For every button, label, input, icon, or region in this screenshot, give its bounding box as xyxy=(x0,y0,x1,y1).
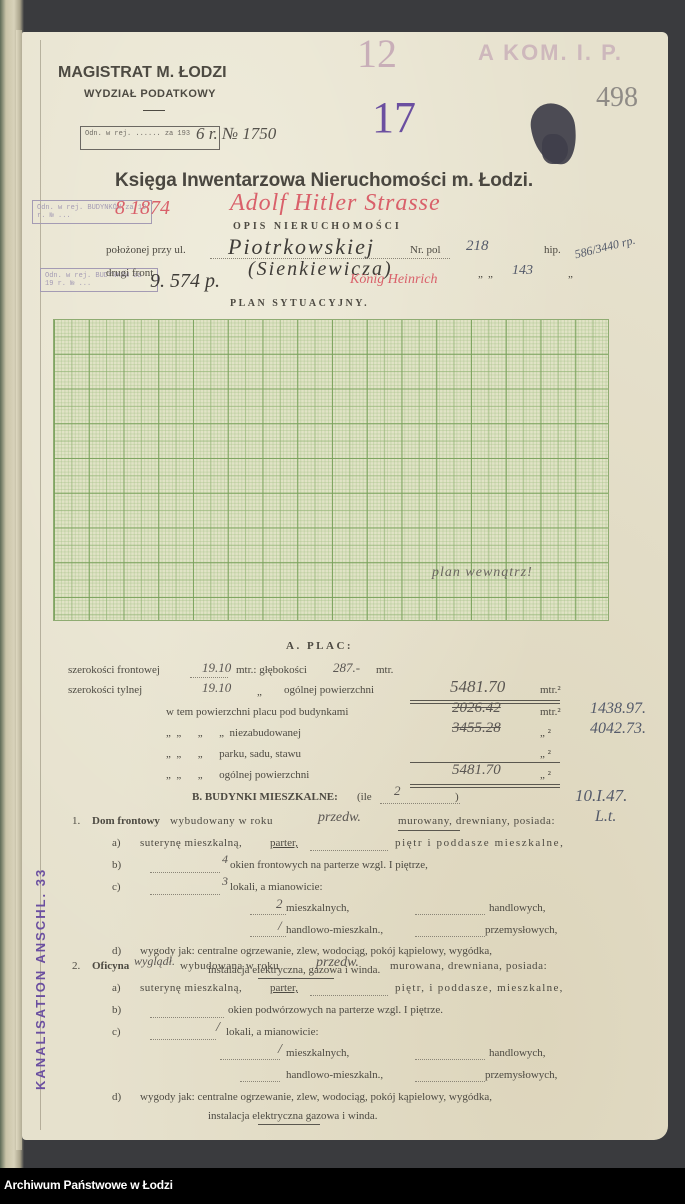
building-2-d-prefix: d) xyxy=(112,1091,121,1103)
ditto-mark: „ xyxy=(488,268,493,280)
building-2-units-value: / xyxy=(216,1020,220,1036)
building-1-parter: parter, xyxy=(270,837,298,849)
count-label: (ile xyxy=(357,791,372,803)
header-rule xyxy=(143,110,165,111)
building-2-built-label: wybudowana w roku xyxy=(180,960,279,972)
building-1-a-text: suterynę mieszkalną, xyxy=(140,837,242,849)
front-width-label: szerokości frontowej xyxy=(68,664,160,676)
nr-pol-label: Nr. pol xyxy=(410,244,441,256)
commercial-line xyxy=(415,914,485,915)
section-a-heading: A. PLAC: xyxy=(286,640,353,652)
park-area-unit: „ ² xyxy=(540,748,551,760)
building-2-a-text3: piętr, i poddasze, mieszkalne, xyxy=(395,982,564,994)
total-area-label: ogólnej powierzchni xyxy=(284,684,374,696)
unbuilt-area-unit: „ ² xyxy=(540,727,551,739)
total-area-2-label: „ „ „ ogólnej powierzchni xyxy=(166,769,309,781)
windows-line xyxy=(150,872,220,873)
total-area-value: 5481.70 xyxy=(450,677,505,697)
red-note-2: König Heinrich xyxy=(350,272,438,288)
industrial-line xyxy=(415,1081,485,1082)
building-2-amenities-2: instalacja elektryczna gazowa i winda. xyxy=(208,1110,378,1122)
units-line xyxy=(150,894,220,895)
front-width-line xyxy=(190,677,228,678)
depth-unit: mtr. xyxy=(376,664,393,676)
count-value: 2 xyxy=(394,783,401,799)
street-value: Piotrkowskiej xyxy=(228,234,375,260)
units-line xyxy=(150,1039,216,1040)
sewer-connection-stamp: KANALISATION ANSCHL. 33 xyxy=(33,868,48,1090)
marginal-number-faint: 12 xyxy=(357,30,397,77)
building-2-a-text: suterynę mieszkalną, xyxy=(140,982,242,994)
initials: L.t. xyxy=(595,808,616,826)
document-title: Księga Inwentarzowa Nieruchomości m. Łod… xyxy=(115,170,533,192)
building-2-name: Oficyna xyxy=(92,960,129,972)
second-front-nr: 143 xyxy=(512,263,533,279)
building-1-year: przedw. xyxy=(318,810,361,826)
plan-heading: PLAN SYTUACYJNY. xyxy=(230,298,369,309)
rear-width-label: szerokości tylnej xyxy=(68,684,142,696)
building-1-b-prefix: b) xyxy=(112,859,121,871)
building-2-commercial: handlowych, xyxy=(489,1047,546,1059)
building-1-a-text3: piętr i poddasze mieszkalne, xyxy=(395,837,564,849)
building-1-a-prefix: a) xyxy=(112,837,121,849)
building-2-name-value: wyglądł. xyxy=(134,954,175,969)
built-area-correction: 1438.97. xyxy=(590,700,646,718)
ink-blot xyxy=(542,134,568,164)
building-1-industrial: przemysłowych, xyxy=(485,924,557,936)
underline-elektryczna xyxy=(258,978,334,979)
mixed-line xyxy=(250,936,286,937)
building-1-built-label: wybudowany w roku xyxy=(170,815,273,827)
total-area-2-unit: „ ² xyxy=(540,769,551,781)
building-1-c-text: lokali, a mianowicie: xyxy=(230,881,323,893)
unbuilt-area-value: 3455.28 xyxy=(452,720,501,737)
count-close: ) xyxy=(455,791,459,803)
building-1-d-prefix: d) xyxy=(112,945,121,957)
street-label: położonej przy ul. xyxy=(106,244,186,256)
residential-line xyxy=(220,1059,280,1060)
double-rule xyxy=(410,784,560,788)
depth-value: 287.- xyxy=(333,660,360,676)
building-2-year: przedw. xyxy=(316,955,359,971)
ditto-mark: „ xyxy=(478,268,483,280)
registry-stamp-printed: Odn. w rej. ...... za 193 xyxy=(85,130,190,138)
pencil-number: 498 xyxy=(596,82,638,114)
building-1-material: murowany, drewniany, posiada: xyxy=(398,815,555,827)
building-2-residential: mieszkalnych, xyxy=(286,1047,349,1059)
office-name: MAGISTRAT M. ŁODZI xyxy=(58,64,227,82)
building-2-b-text: okien podwórzowych na parterze wzgl. I p… xyxy=(228,1004,443,1016)
underline-murowany xyxy=(398,830,460,831)
floors-line xyxy=(310,995,388,996)
rear-width-value: 19.10 xyxy=(202,680,231,696)
residential-line xyxy=(250,914,286,915)
red-annotation-street: Adolf Hitler Strasse xyxy=(230,190,441,217)
opis-heading: OPIS NIERUCHOMOŚCI xyxy=(233,221,402,232)
department-name: WYDZIAŁ PODATKOWY xyxy=(84,88,216,100)
plan-note: plan wewnątrz! xyxy=(432,565,533,581)
marginal-number-purple: 17 xyxy=(372,92,416,143)
building-2-num: 2. xyxy=(72,960,80,972)
building-1-name: Dom frontowy xyxy=(92,815,160,827)
building-1-mixed: handlowo-mieszkaln., xyxy=(286,924,383,936)
built-area-value: 2026.42 xyxy=(452,700,501,717)
building-1-residential-value: 2 xyxy=(276,896,283,912)
second-front-note: 9. 574 p. xyxy=(150,270,220,293)
nr-pol-value: 218 xyxy=(466,238,489,255)
windows-line xyxy=(150,1017,224,1018)
total-area-2-value: 5481.70 xyxy=(452,762,501,779)
building-2-mixed: handlowo-mieszkaln., xyxy=(286,1069,383,1081)
building-1-num: 1. xyxy=(72,815,80,827)
building-2-residential-value: / xyxy=(278,1042,282,1058)
building-2-material: murowana, drewniana, posiada: xyxy=(390,960,547,972)
front-width-value: 19.10 xyxy=(202,660,231,676)
building-2-parter: parter, xyxy=(270,982,298,994)
building-1-windows-value: 4 xyxy=(222,852,228,867)
section-b-heading: B. BUDYNKI MIESZKALNE: xyxy=(192,791,338,803)
red-annotation-prefix: 8 1874 xyxy=(115,197,170,220)
faint-stamp: A KOM. I. P. xyxy=(478,40,623,66)
second-front-label: drugi front xyxy=(106,267,153,279)
building-1-mixed-value: / xyxy=(278,918,282,934)
built-area-label: w tem powierzchni placu pod budynkami xyxy=(166,706,348,718)
date-note: 10.I.47. xyxy=(575,786,627,806)
mixed-line xyxy=(240,1081,280,1082)
floors-line xyxy=(310,850,388,851)
building-1-residential: mieszkalnych, xyxy=(286,902,349,914)
industrial-line xyxy=(415,936,485,937)
underline-elektryczna xyxy=(258,1124,320,1125)
building-2-b-prefix: b) xyxy=(112,1004,121,1016)
spine-fold xyxy=(16,30,22,1150)
building-2-amenities: wygody jak: centralne ogrzewanie, zlew, … xyxy=(140,1091,492,1103)
total-area-unit: mtr.² xyxy=(540,684,561,696)
building-2-industrial: przemysłowych, xyxy=(485,1069,557,1081)
park-area-label: „ „ „ parku, sadu, stawu xyxy=(166,748,301,760)
building-1-commercial: handlowych, xyxy=(489,902,546,914)
count-line xyxy=(380,803,460,804)
hip-label: hip. xyxy=(544,244,561,256)
registry-stamp-handwritten: 6 r. № 1750 xyxy=(196,124,276,144)
building-2-a-prefix: a) xyxy=(112,982,121,994)
built-area-unit: mtr.² xyxy=(540,706,561,718)
building-2-c-text: lokali, a mianowicie: xyxy=(226,1026,319,1038)
unbuilt-area-label: „ „ „ „ niezabudowanej xyxy=(166,727,301,739)
ditto-mark: „ xyxy=(257,686,262,698)
building-1-c-prefix: c) xyxy=(112,881,121,893)
unbuilt-area-correction: 4042.73. xyxy=(590,720,646,738)
ditto-mark: „ xyxy=(568,268,573,280)
commercial-line xyxy=(415,1059,485,1060)
building-1-units-value: 3 xyxy=(222,874,228,889)
building-1-b-text: okien frontowych na parterze wzgl. I pię… xyxy=(230,859,428,871)
archive-caption: Archiwum Państwowe w Łodzi xyxy=(4,1178,173,1192)
building-2-c-prefix: c) xyxy=(112,1026,121,1038)
depth-label: mtr.: głębokości xyxy=(236,664,307,676)
